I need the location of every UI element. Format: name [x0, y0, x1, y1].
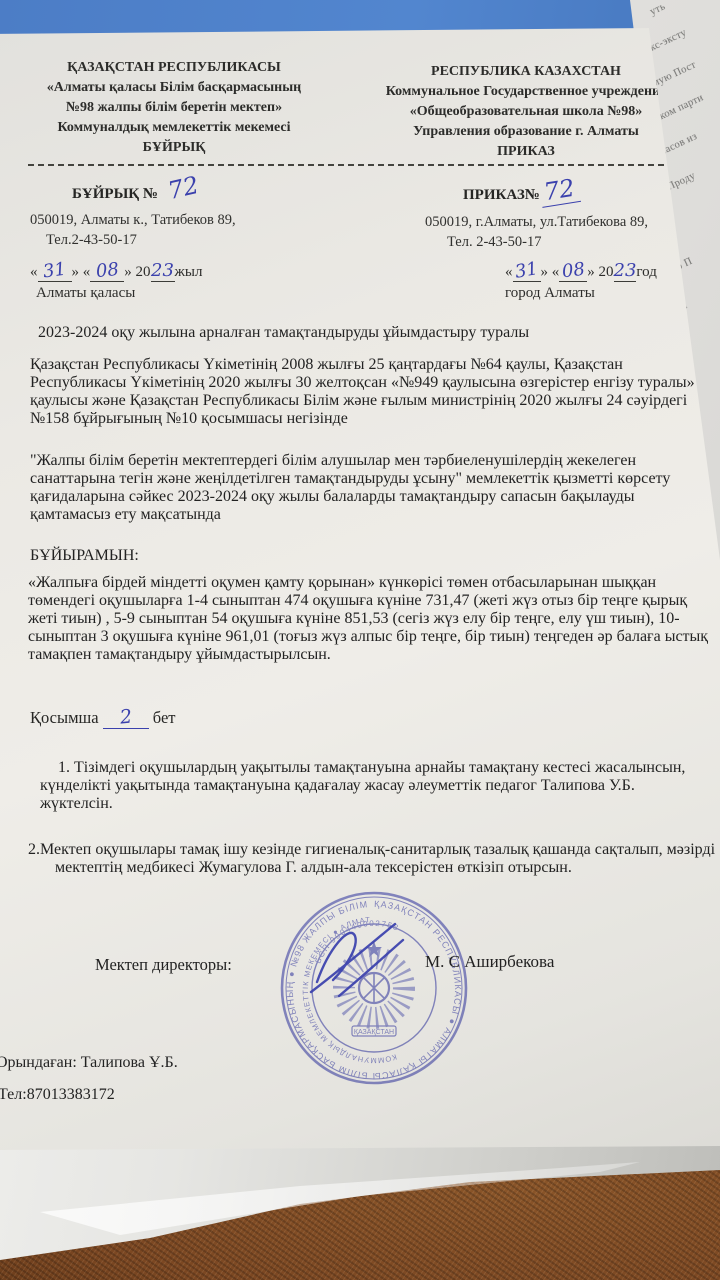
order-main-paragraph: «Жалпыға бірдей міндетті оқумен қамту қо… — [28, 574, 712, 664]
background-page-text-fragment: уть — [648, 1, 667, 18]
address-line: 050019, Алматы к., Татибеков 89, — [30, 210, 236, 230]
address-kazakh: 050019, Алматы к., Татибеков 89, Тел.2-4… — [30, 210, 236, 250]
attachment-suffix: бет — [153, 708, 176, 727]
date-line-russian: «31» «08» 2023год город Алматы — [505, 260, 657, 302]
era-word: год — [636, 264, 656, 280]
director-name: М. С Аширбекова — [425, 952, 554, 972]
executor-phone: Тел:87013383172 — [0, 1086, 115, 1104]
date-line-kazakh: «31» «08» 2023жыл Алматы қаласы — [30, 260, 202, 302]
order-item-1: 1. Тізімдегі оқушылардың уақытылы тамақт… — [40, 759, 708, 813]
director-label: Мектеп директоры: — [95, 955, 232, 975]
handwritten-month: 08 — [561, 259, 586, 283]
order-document-page: ҚАЗАҚСТАН РЕСПУБЛИКАСЫ «Алматы қаласы Бі… — [0, 28, 720, 1158]
handwritten-page-count: 2 — [119, 705, 133, 728]
handwritten-day: 31 — [513, 258, 539, 283]
photo-of-document: уть акс-эксту емую Пост гиком парти апас… — [0, 0, 720, 1280]
quote-mark: » — [124, 264, 132, 280]
letterhead-line: ПРИКАЗ — [340, 142, 712, 162]
printed-year: 20 — [599, 264, 614, 280]
city-line: Алматы қаласы — [36, 285, 202, 302]
handwritten-year: 23 — [614, 260, 637, 281]
quote-mark: » — [72, 264, 80, 280]
handwritten-month: 08 — [95, 259, 120, 282]
subject-title: 2023-2024 оқу жылына арналған тамақтанды… — [38, 324, 698, 342]
address-line: Тел.2-43-50-17 — [46, 230, 236, 250]
quote-mark: » — [587, 264, 595, 280]
attachment-label: Қосымша — [30, 708, 99, 727]
letterhead-kazakh: ҚАЗАҚСТАН РЕСПУБЛИКАСЫ «Алматы қаласы Бі… — [18, 58, 330, 158]
era-word: жыл — [175, 264, 203, 280]
letterhead-line: Коммунальное Государственное учреждение — [340, 82, 712, 102]
handwritten-order-number: 72 — [538, 173, 581, 208]
letterhead-line: №98 жалпы білім беретін мектеп» — [18, 98, 330, 118]
order-number-label-kk: БҰЙРЫҚ № — [72, 186, 158, 203]
order-item-2: 2.Мектеп оқушылары тамақ ішу кезінде гиг… — [28, 841, 720, 877]
address-line: 050019, г.Алматы, ул.Татибекова 89, — [425, 212, 648, 232]
address-russian: 050019, г.Алматы, ул.Татибекова 89, Тел.… — [425, 212, 648, 252]
separator-dashed-line — [28, 164, 704, 166]
resolve-heading: БҰЙЫРАМЫН: — [30, 547, 690, 565]
city-line: город Алматы — [505, 285, 657, 302]
quote-mark: « — [30, 264, 38, 280]
letterhead-line: БҰЙРЫҚ — [18, 138, 330, 158]
quote-mark: » — [541, 264, 549, 280]
quote-mark: « — [505, 264, 513, 280]
handwritten-signature — [295, 910, 435, 1010]
attachment-line: Қосымша 2 бет — [30, 706, 176, 729]
quote-mark: « — [83, 264, 91, 280]
purpose-paragraph: "Жалпы білім беретін мектептердегі білім… — [30, 452, 706, 524]
address-line: Тел. 2-43-50-17 — [447, 232, 648, 252]
handwritten-order-number: 72 — [165, 171, 201, 205]
stamp-center-text: ҚАЗАҚСТАН — [354, 1029, 394, 1036]
letterhead-line: «Алматы қаласы Білім басқармасының — [18, 78, 330, 98]
handwritten-day: 31 — [42, 259, 68, 283]
letterhead-line: Управления образование г. Алматы — [340, 122, 712, 142]
legal-preamble: Қазақстан Республикасы Үкіметінің 2008 ж… — [30, 356, 704, 428]
handwritten-year: 23 — [151, 260, 174, 281]
letterhead-line: Коммуналдық мемлекеттік мекемесі — [18, 118, 330, 138]
printed-year: 20 — [136, 264, 151, 280]
letterhead-line: ҚАЗАҚСТАН РЕСПУБЛИКАСЫ — [18, 58, 330, 78]
executor-line: Орындаған: Талипова Ұ.Б. — [0, 1054, 178, 1072]
quote-mark: « — [552, 264, 560, 280]
order-number-label-ru: ПРИКАЗ№ — [463, 187, 540, 204]
letterhead-line: «Общеобразовательная школа №98» — [340, 102, 712, 122]
